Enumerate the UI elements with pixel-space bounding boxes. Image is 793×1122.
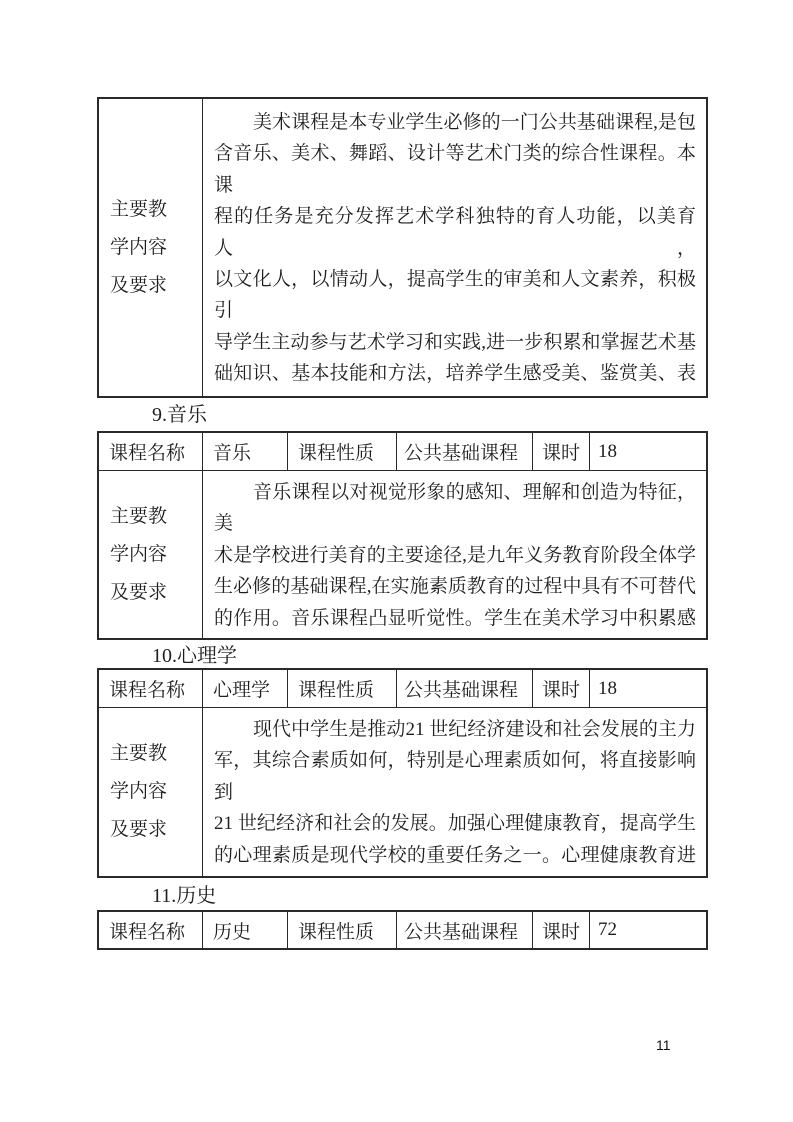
table-row: 主要教 学内容 及要求 现代中学生是推动21 世纪经济建设和社会发展的主力 军，… bbox=[99, 708, 706, 876]
description-line: 的作用。音乐课程凸显听觉性。学生在美术学习中积累感官 bbox=[214, 603, 696, 638]
label-line: 主要教 bbox=[110, 735, 167, 773]
label-line: 及要求 bbox=[110, 574, 167, 612]
music-course-description: 音乐课程以对视觉形象的感知、理解和创造为特征，美 术是学校进行美育的主要途径,是… bbox=[203, 471, 706, 638]
label-line: 及要求 bbox=[110, 267, 167, 305]
course-name-label: 课程名称 bbox=[99, 912, 203, 948]
description-line: 以文化人，以情动人，提高学生的审美和人文素养，积极引 bbox=[214, 264, 696, 327]
course-name-value: 历史 bbox=[203, 912, 288, 948]
label-line: 主要教 bbox=[110, 498, 167, 536]
description-line: 音乐课程以对视觉形象的感知、理解和创造为特征，美 bbox=[214, 477, 696, 540]
table-row: 主要教 学内容 及要求 音乐课程以对视觉形象的感知、理解和创造为特征，美 术是学… bbox=[99, 471, 706, 638]
teaching-content-label: 主要教 学内容 及要求 bbox=[110, 498, 167, 612]
course-hours-value: 72 bbox=[590, 912, 706, 948]
course-name-value: 心理学 bbox=[203, 670, 288, 707]
art-course-table: 主要教 学内容 及要求 美术课程是本专业学生必修的一门公共基础课程,是包 含音乐… bbox=[97, 97, 708, 398]
description-line: 导学生主动参与艺术学习和实践,进一步积累和掌握艺术基 bbox=[214, 327, 696, 358]
description-line: 的心理素质是现代学校的重要任务之一。心理健康教育进教 bbox=[214, 840, 696, 876]
description-line: 21 世纪经济和社会的发展。加强心理健康教育，提高学生 bbox=[214, 808, 696, 839]
course-name-label: 课程名称 bbox=[99, 433, 203, 470]
label-line: 学内容 bbox=[110, 536, 167, 574]
description-line: 术是学校进行美育的主要途径,是九年义务教育阶段全体学 bbox=[214, 540, 696, 571]
course-nature-label: 课程性质 bbox=[288, 912, 397, 948]
label-line: 学内容 bbox=[110, 229, 167, 267]
description-line: 生必修的基础课程,在实施素质教育的过程中具有不可替代 bbox=[214, 571, 696, 602]
table-row: 主要教 学内容 及要求 美术课程是本专业学生必修的一门公共基础课程,是包 含音乐… bbox=[99, 99, 706, 396]
description-line: 含音乐、美术、舞蹈、设计等艺术门类的综合性课程。本课 bbox=[214, 138, 696, 201]
teaching-content-label-cell: 主要教 学内容 及要求 bbox=[99, 99, 203, 396]
course-hours-label: 课时 bbox=[533, 670, 590, 707]
course-nature-label: 课程性质 bbox=[288, 433, 397, 470]
course-info-row: 课程名称 音乐 课程性质 公共基础课程 课时 18 bbox=[99, 433, 706, 471]
teaching-content-label-cell: 主要教 学内容 及要求 bbox=[99, 708, 203, 876]
history-course-table: 课程名称 历史 课程性质 公共基础课程 课时 72 bbox=[97, 910, 708, 950]
psychology-course-table: 课程名称 心理学 课程性质 公共基础课程 课时 18 主要教 学内容 及要求 现… bbox=[97, 668, 708, 878]
description-line: 美术课程是本专业学生必修的一门公共基础课程,是包 bbox=[214, 107, 696, 138]
description-line: 础知识、基本技能和方法，培养学生感受美、鉴赏美、表现 bbox=[214, 358, 696, 396]
label-line: 主要教 bbox=[110, 191, 167, 229]
course-name-label: 课程名称 bbox=[99, 670, 203, 707]
description-line: 程的任务是充分发挥艺术学科独特的育人功能，以美育人， bbox=[214, 201, 696, 264]
teaching-content-label-cell: 主要教 学内容 及要求 bbox=[99, 471, 203, 638]
teaching-content-label: 主要教 学内容 及要求 bbox=[110, 735, 167, 849]
page-number: 11 bbox=[656, 1037, 671, 1053]
section-heading-psychology: 10.心理学 bbox=[152, 645, 237, 668]
course-hours-value: 18 bbox=[590, 670, 706, 707]
label-line: 及要求 bbox=[110, 811, 167, 849]
course-nature-label: 课程性质 bbox=[288, 670, 397, 707]
label-line: 学内容 bbox=[110, 773, 167, 811]
course-name-value: 音乐 bbox=[203, 433, 288, 470]
course-nature-value: 公共基础课程 bbox=[397, 912, 533, 948]
course-hours-value: 18 bbox=[590, 433, 706, 470]
psychology-course-description: 现代中学生是推动21 世纪经济建设和社会发展的主力 军，其综合素质如何，特别是心… bbox=[203, 708, 706, 876]
document-page: 主要教 学内容 及要求 美术课程是本专业学生必修的一门公共基础课程,是包 含音乐… bbox=[0, 0, 793, 1122]
section-heading-history: 11.历史 bbox=[152, 885, 216, 908]
course-nature-value: 公共基础课程 bbox=[397, 433, 533, 470]
course-info-row: 课程名称 心理学 课程性质 公共基础课程 课时 18 bbox=[99, 670, 706, 708]
course-hours-label: 课时 bbox=[533, 433, 590, 470]
art-course-description: 美术课程是本专业学生必修的一门公共基础课程,是包 含音乐、美术、舞蹈、设计等艺术… bbox=[203, 99, 706, 396]
teaching-content-label: 主要教 学内容 及要求 bbox=[110, 191, 167, 305]
course-nature-value: 公共基础课程 bbox=[397, 670, 533, 707]
section-heading-music: 9.音乐 bbox=[152, 404, 207, 427]
course-hours-label: 课时 bbox=[533, 912, 590, 948]
course-info-row: 课程名称 历史 课程性质 公共基础课程 课时 72 bbox=[99, 912, 706, 948]
description-line: 军，其综合素质如何，特别是心理素质如何，将直接影响到 bbox=[214, 745, 696, 808]
description-line: 现代中学生是推动21 世纪经济建设和社会发展的主力 bbox=[214, 714, 696, 745]
music-course-table: 课程名称 音乐 课程性质 公共基础课程 课时 18 主要教 学内容 及要求 音乐… bbox=[97, 431, 708, 640]
